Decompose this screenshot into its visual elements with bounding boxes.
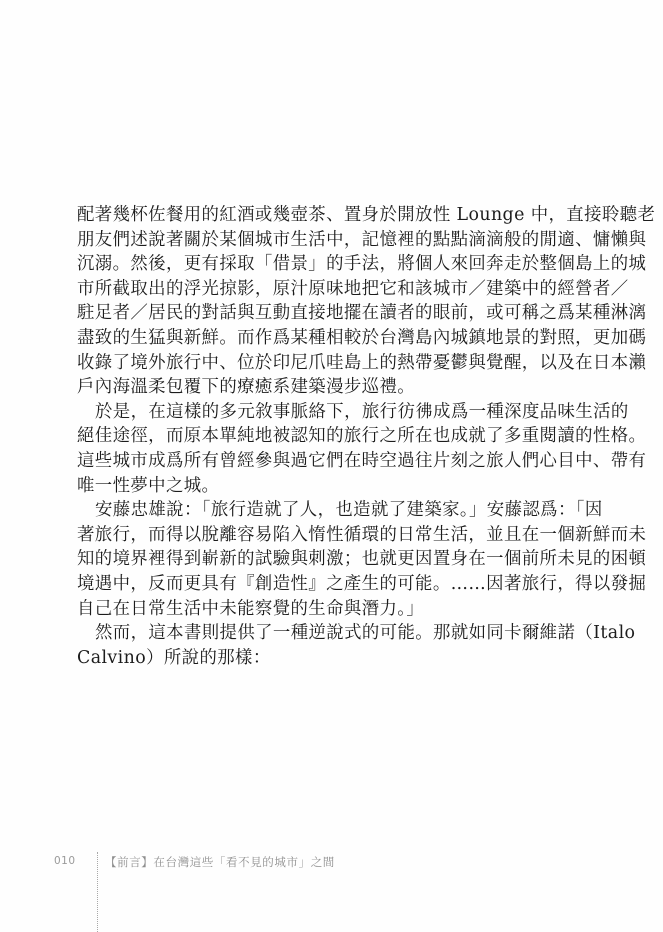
text-line: 境遇中，反而更具有『創造性』之產生的可能。……因著旅行，得以發掘	[77, 572, 535, 597]
text-line: 然而，這本書則提供了一種逆說式的可能。那就如同卡爾維諾（Italo	[77, 621, 535, 646]
text-line: 沉溺。然後，更有採取「借景」的手法，將個人來回奔走於整個島上的城	[77, 252, 535, 277]
page-footer: 010 【前言】在台灣這些「看不見的城市」之間	[0, 848, 663, 932]
paragraph: 安藤忠雄說：「旅行造就了人，也造就了建築家。」安藤認爲：「因 著旅行，而得以脫離…	[77, 498, 535, 621]
text-line: 朋友們述說著關於某個城市生活中，記憶裡的點點滴滴般的閒適、慵懶與	[77, 228, 535, 253]
body-text: 配著幾杯佐餐用的紅酒或幾壺茶、置身於開放性 Lounge 中，直接聆聽老 朋友們…	[77, 203, 535, 670]
text-line: 盡致的生猛與新鮮。而作爲某種相較於台灣島內城鎮地景的對照，更加碼	[77, 326, 535, 351]
text-line: Calvino）所說的那樣：	[77, 646, 535, 671]
text-line: 絕佳途徑，而原本單純地被認知的旅行之所在也成就了多重閱讀的性格。	[77, 424, 535, 449]
text-line: 這些城市成爲所有曾經參與過它們在時空過往片刻之旅人們心目中、帶有	[77, 449, 535, 474]
running-head: 【前言】在台灣這些「看不見的城市」之間	[105, 854, 335, 870]
text-line: 戶內海溫柔包覆下的療癒系建築漫步巡禮。	[77, 375, 535, 400]
text-line: 知的境界裡得到嶄新的試驗與刺激；也就更因置身在一個前所未見的困頓	[77, 547, 535, 572]
text-line: 駐足者／居民的對話與互動直接地擺在讀者的眼前，或可稱之爲某種淋漓	[77, 301, 535, 326]
text-line: 於是，在這樣的多元敘事脈絡下，旅行彷彿成爲一種深度品味生活的	[77, 400, 535, 425]
paragraph: 然而，這本書則提供了一種逆說式的可能。那就如同卡爾維諾（Italo Calvin…	[77, 621, 535, 670]
text-line: 配著幾杯佐餐用的紅酒或幾壺茶、置身於開放性 Lounge 中，直接聆聽老	[77, 203, 535, 228]
text-line: 安藤忠雄說：「旅行造就了人，也造就了建築家。」安藤認爲：「因	[77, 498, 535, 523]
dotted-divider	[97, 852, 98, 932]
paragraph: 於是，在這樣的多元敘事脈絡下，旅行彷彿成爲一種深度品味生活的 絕佳途徑，而原本單…	[77, 400, 535, 498]
text-line: 收錄了境外旅行中、位於印尼爪哇島上的熱帶憂鬱與覺醒，以及在日本瀨	[77, 351, 535, 376]
page-number: 010	[54, 855, 76, 867]
text-line: 自己在日常生活中未能察覺的生命與潛力。」	[77, 597, 535, 622]
text-line: 唯一性夢中之城。	[77, 474, 535, 499]
paragraph: 配著幾杯佐餐用的紅酒或幾壺茶、置身於開放性 Lounge 中，直接聆聽老 朋友們…	[77, 203, 535, 400]
book-page: 配著幾杯佐餐用的紅酒或幾壺茶、置身於開放性 Lounge 中，直接聆聽老 朋友們…	[0, 0, 663, 932]
text-line: 市所截取出的浮光掠影，原汁原味地把它和該城市／建築中的經營者／	[77, 277, 535, 302]
text-line: 著旅行，而得以脫離容易陷入惰性循環的日常生活，並且在一個新鮮而未	[77, 523, 535, 548]
